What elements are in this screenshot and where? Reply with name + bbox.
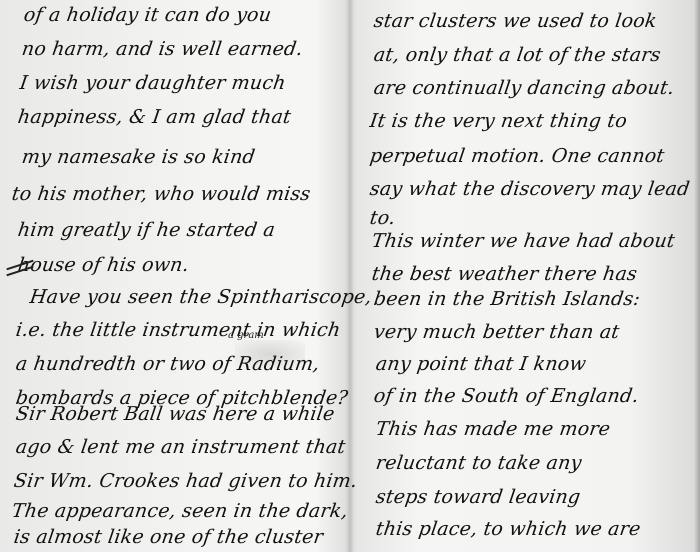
text-line: him greatly if he started a xyxy=(16,219,276,241)
text-line: perpetual motion. One cannot xyxy=(368,145,665,167)
left-page: of a holiday it can do you no harm, and … xyxy=(0,0,346,552)
text-line: of a holiday it can do you xyxy=(22,4,272,26)
inserted-text: a gram xyxy=(228,330,264,341)
text-line: been in the British Islands: xyxy=(372,288,641,310)
text-line: to. xyxy=(368,207,396,229)
text-line: to his mother, who would miss xyxy=(10,183,312,205)
text-line: i.e. the little instrument in which xyxy=(14,319,341,341)
text-line: steps toward leaving xyxy=(374,486,581,508)
text-line: of in the South of England. xyxy=(372,385,640,407)
text-line: star clusters we used to look xyxy=(372,10,658,32)
text-line: It is the very next thing to xyxy=(368,110,628,132)
text-line: house of his own. xyxy=(16,254,190,276)
text-line: the best weather there has xyxy=(370,263,638,285)
text-line: reluctant to take any xyxy=(374,452,583,474)
text-line: ago & lent me an instrument that xyxy=(14,436,347,458)
text-line: The appearance, seen in the dark, xyxy=(10,500,349,522)
text-line: Have you seen the Spinthariscope, xyxy=(28,286,373,308)
text-line: This has made me more xyxy=(374,418,611,440)
text-line: my namesake is so kind xyxy=(20,146,256,168)
text-line: Sir Robert Ball was here a while xyxy=(14,403,336,425)
text-line: no harm, and is well earned. xyxy=(20,38,304,60)
letter-scan: of a holiday it can do you no harm, and … xyxy=(0,0,700,552)
paragraph-mark xyxy=(6,262,36,276)
right-page: star clusters we used to look at, only t… xyxy=(354,0,694,552)
text-line: Sir Wm. Crookes had given to him. xyxy=(12,470,358,492)
text-line: a hundredth or two of Radium, xyxy=(14,353,321,375)
paper-edge xyxy=(694,0,700,552)
text-line: is almost like one of the cluster xyxy=(12,526,324,548)
text-line: This winter we have had about xyxy=(370,230,676,252)
text-line: at, only that a lot of the stars xyxy=(372,44,662,66)
text-line: this place, to which we are xyxy=(374,518,642,540)
text-line: say what the discovery may lead xyxy=(368,178,691,200)
text-line: happiness, & I am glad that xyxy=(16,106,292,128)
text-line: I wish your daughter much xyxy=(18,72,287,94)
text-line: very much better than at xyxy=(372,321,620,343)
text-line: are continually dancing about. xyxy=(372,77,675,99)
text-line: any point that I know xyxy=(374,353,587,375)
